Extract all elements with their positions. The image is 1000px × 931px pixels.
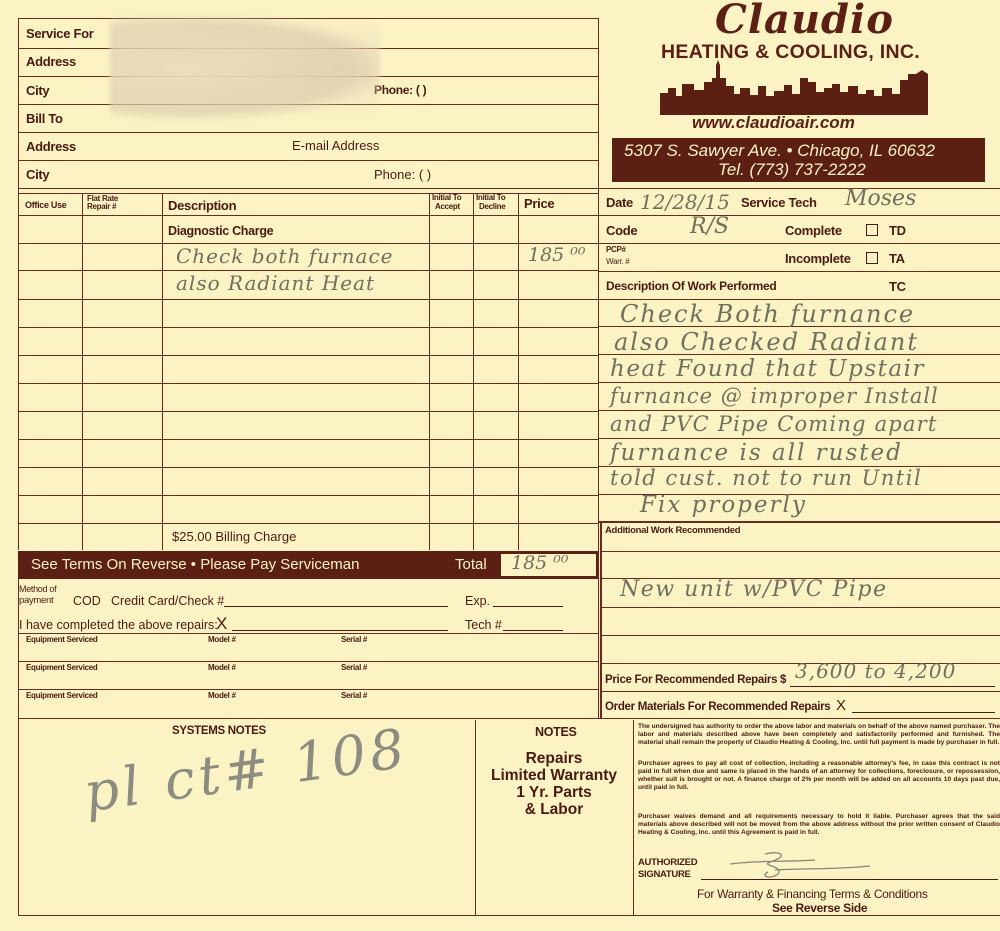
work-line: Fix properly (640, 492, 807, 518)
work-line: furnance is all rusted (610, 440, 903, 466)
company-contact-bar: 5307 S. Sawyer Ave. • Chicago, IL 60632 … (612, 138, 985, 182)
billing-charge-label: $25.00 Billing Charge (172, 529, 296, 544)
company-address: 5307 S. Sawyer Ave. • Chicago, IL 60632 (624, 141, 935, 161)
card-check-label: Credit Card/Check # (111, 594, 224, 608)
additional-work-label: Additional Work Recommended (605, 526, 740, 536)
divider (18, 215, 598, 216)
td-label: TD (889, 223, 906, 238)
warranty-line: Limited Warranty (476, 767, 632, 784)
tech-signature-field[interactable] (232, 630, 448, 631)
work-line: Check Both furnance (620, 300, 915, 328)
serial-label: Serial # (341, 636, 367, 644)
work-performed-field[interactable]: Check Both furnance also Checked Radiant… (600, 300, 998, 520)
pcp-label: PCP# (606, 246, 626, 254)
warranty-line: 1 Yr. Parts (476, 784, 632, 801)
col-decline-1: Initial To (476, 194, 505, 202)
authorized-label-2: SIGNATURE (638, 869, 691, 880)
systems-notes-field[interactable]: pl ct# 108 (20, 742, 473, 912)
complete-label: Complete (785, 223, 842, 238)
bill-to-label: Bill To (26, 111, 63, 126)
model-label: Model # (208, 636, 236, 644)
order-materials-field[interactable] (852, 712, 995, 713)
bill-phone-label: Phone: ( ) (374, 167, 431, 182)
city-label: City (26, 83, 49, 98)
company-website[interactable]: www.claudioair.com (692, 113, 855, 133)
method-label-2: payment (19, 597, 53, 605)
date-label: Date (606, 195, 633, 210)
address-label: Address (26, 54, 76, 69)
divider (82, 193, 83, 550)
description-field[interactable] (164, 244, 428, 522)
notes-title: NOTES (535, 725, 577, 739)
ta-label: TA (889, 251, 905, 266)
bill-address-label: Address (26, 139, 76, 154)
divider (598, 188, 1000, 189)
legal-paragraph-1: The undersigned has authority to order t… (638, 723, 1000, 747)
model-label: Model # (208, 664, 236, 672)
work-line: furnance @ improper Install (610, 384, 939, 408)
divider (18, 689, 598, 690)
work-line: told cust. not to run Until (610, 466, 922, 490)
price-recommended-label: Price For Recommended Repairs $ (605, 674, 786, 686)
divider (598, 18, 599, 718)
diagnostic-charge-label: Diagnostic Charge (168, 224, 273, 238)
divider (18, 633, 598, 634)
skyline-icon (660, 60, 935, 115)
city-field[interactable] (70, 78, 370, 103)
completed-repairs-label: I have completed the above repairs: (19, 618, 218, 632)
divider (600, 607, 1000, 608)
incomplete-label: Incomplete (785, 251, 851, 266)
col-office-use: Office Use (25, 201, 67, 209)
col-accept-1: Initial To (432, 194, 461, 202)
divider (18, 188, 598, 189)
service-tech-label: Service Tech (741, 195, 817, 210)
date-value[interactable]: 12/28/15 (640, 190, 730, 214)
phone-label: Phone: ( ) (374, 83, 426, 97)
divider (598, 243, 1000, 244)
work-line: also Checked Radiant (614, 328, 919, 356)
divider (18, 915, 1000, 916)
bill-city-label: City (26, 167, 49, 182)
model-label: Model # (208, 692, 236, 700)
signature-x-mark: X (216, 614, 227, 634)
incomplete-checkbox[interactable] (866, 252, 878, 264)
complete-checkbox[interactable] (866, 224, 878, 236)
divider (162, 193, 163, 550)
company-phone: Tel. (773) 737-2222 (718, 160, 866, 180)
divider (598, 271, 1000, 272)
service-for-field[interactable] (110, 20, 596, 46)
serial-label: Serial # (341, 664, 367, 672)
price-field[interactable] (520, 216, 597, 522)
order-x-mark: X (836, 697, 846, 714)
divider (600, 551, 1000, 552)
divider (600, 635, 1000, 636)
work-line: and PVC Pipe Coming apart (610, 412, 938, 436)
price-recommended-line (790, 686, 995, 687)
total-value: 185 ⁰⁰ (511, 552, 569, 574)
tech-number-field[interactable] (503, 630, 563, 631)
col-decline-2: Decline (479, 203, 505, 211)
bill-address-field[interactable] (90, 134, 285, 159)
recommended-work-value[interactable]: New unit w/PVC Pipe (620, 577, 888, 602)
company-logo-name: Claudio (715, 0, 894, 43)
divider (518, 193, 519, 550)
warranty-line: & Labor (476, 801, 632, 818)
divider (600, 691, 1000, 692)
divider (18, 661, 598, 662)
exp-field[interactable] (493, 606, 563, 607)
price-recommended-value[interactable]: 3,600 to 4,200 (795, 659, 956, 683)
equipment-label: Equipment Serviced (26, 664, 98, 672)
col-accept-2: Accept (435, 203, 460, 211)
divider (18, 18, 19, 550)
method-label-1: Method of (19, 585, 56, 593)
warranty-number-label: Warr. # (606, 258, 629, 266)
divider (473, 193, 474, 550)
order-materials-label: Order Materials For Recommended Repairs (605, 701, 830, 713)
code-value[interactable]: R/S (690, 214, 729, 239)
total-label: Total (455, 556, 487, 573)
divider (598, 215, 1000, 216)
work-line: heat Found that Upstair (610, 356, 925, 382)
divider (18, 718, 19, 915)
cod-option[interactable]: COD (73, 594, 101, 608)
email-label: E-mail Address (292, 138, 379, 153)
card-check-field[interactable] (224, 606, 448, 607)
divider (598, 521, 1000, 523)
col-description: Description (168, 198, 236, 213)
divider (18, 718, 1000, 719)
divider (633, 720, 634, 915)
total-bar: See Terms On Reverse • Please Pay Servic… (18, 551, 598, 579)
col-flat-rate-2: Repair # (87, 203, 116, 211)
serial-label: Serial # (341, 692, 367, 700)
legal-paragraph-3: Purchaser waives demand and all requirem… (638, 813, 1000, 837)
tc-label: TC (889, 279, 906, 294)
code-label: Code (606, 223, 637, 238)
equipment-label: Equipment Serviced (26, 636, 98, 644)
total-field[interactable]: 185 ⁰⁰ (501, 554, 596, 576)
divider (18, 523, 598, 524)
address-field[interactable] (90, 50, 596, 75)
warranty-line: Repairs (476, 750, 632, 767)
authorized-label-1: AUTHORIZED (638, 857, 697, 868)
bill-city-field[interactable] (70, 162, 370, 187)
footer-terms-1: For Warranty & Financing Terms & Conditi… (697, 887, 928, 901)
legal-paragraph-2: Purchaser agrees to pay all cost of coll… (638, 760, 1000, 792)
divider (18, 132, 598, 133)
divider (429, 193, 430, 550)
service-for-label: Service For (26, 26, 94, 41)
col-price: Price (524, 196, 554, 211)
divider (18, 160, 598, 161)
footer-terms-2: See Reverse Side (772, 901, 867, 915)
terms-text: See Terms On Reverse • Please Pay Servic… (31, 556, 359, 573)
signature-scribble-icon (720, 848, 880, 882)
divider (18, 579, 19, 718)
work-performed-label: Description Of Work Performed (606, 279, 776, 293)
systems-notes-title: SYSTEMS NOTES (172, 725, 266, 737)
service-tech-value[interactable]: Moses (845, 186, 916, 211)
bill-to-field[interactable] (90, 106, 596, 131)
warranty-box: Repairs Limited Warranty 1 Yr. Parts & L… (476, 750, 632, 818)
exp-label: Exp. (465, 594, 490, 608)
equipment-label: Equipment Serviced (26, 692, 98, 700)
tech-number-label: Tech # (465, 618, 502, 632)
